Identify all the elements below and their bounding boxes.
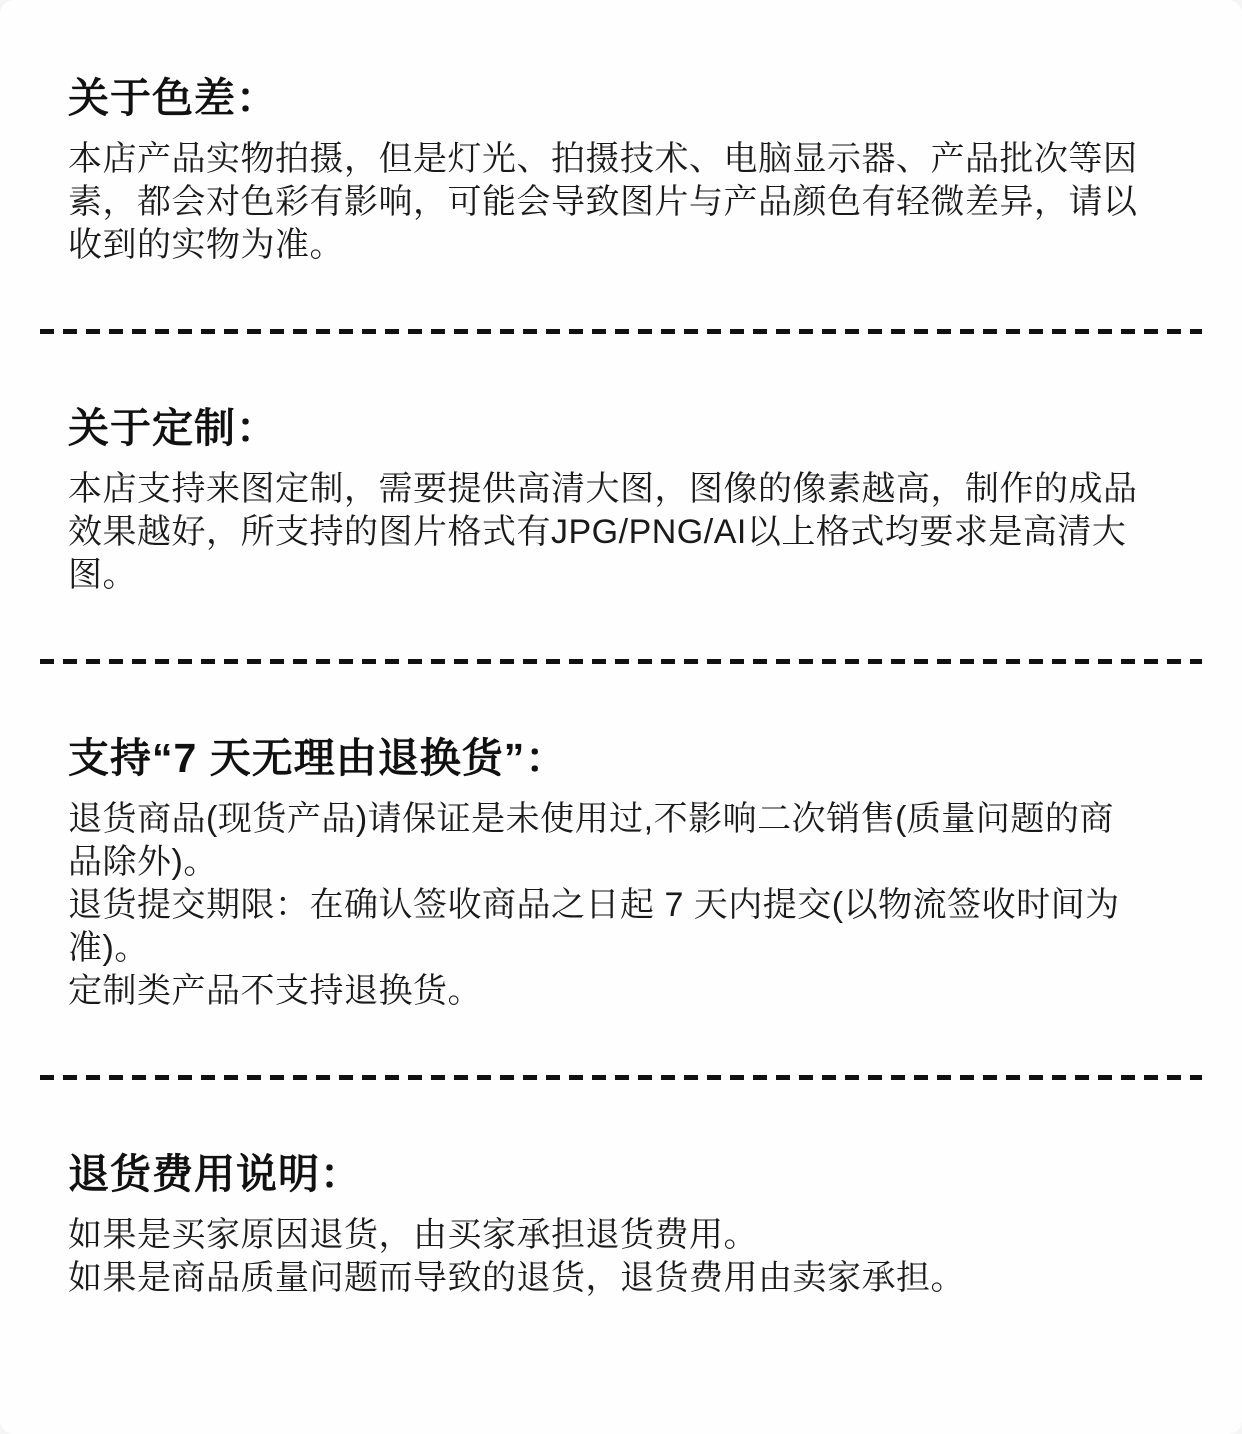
section-customization: 关于定制： 本店支持来图定制，需要提供高清大图，图像的像素越高，制作的成品 效果… xyxy=(40,402,1202,597)
paragraph-line: 如果是商品质量问题而导致的退货，退货费用由卖家承担。 xyxy=(68,1257,1182,1300)
return-policy-heading: 支持“7 天无理由退换货”： xyxy=(68,732,1182,784)
product-policy-page: 关于色差： 本店产品实物拍摄，但是灯光、拍摄技术、电脑显示器、产品批次等因 素，… xyxy=(0,0,1242,1434)
color-difference-heading: 关于色差： xyxy=(68,72,1182,124)
color-difference-paragraph: 本店产品实物拍摄，但是灯光、拍摄技术、电脑显示器、产品批次等因 素，都会对色彩有… xyxy=(68,138,1182,267)
paragraph-line: 退货商品(现货产品)请保证是未使用过,不影响二次销售(质量问题的商 xyxy=(68,798,1182,841)
paragraph-line: 如果是买家原因退货，由买家承担退货费用。 xyxy=(68,1214,1182,1257)
paragraph-line: 素，都会对色彩有影响，可能会导致图片与产品颜色有轻微差异，请以 xyxy=(68,181,1182,224)
customization-paragraph: 本店支持来图定制，需要提供高清大图，图像的像素越高，制作的成品 效果越好，所支持… xyxy=(68,468,1182,597)
paragraph-line: 收到的实物为准。 xyxy=(68,224,1182,267)
paragraph-line: 本店产品实物拍摄，但是灯光、拍摄技术、电脑显示器、产品批次等因 xyxy=(68,138,1182,181)
paragraph-line: 退货提交期限：在确认签收商品之日起 7 天内提交(以物流签收时间为 xyxy=(68,884,1182,927)
return-policy-paragraph: 退货商品(现货产品)请保证是未使用过,不影响二次销售(质量问题的商 品除外)。 … xyxy=(68,798,1182,1013)
paragraph-line: 图。 xyxy=(68,554,1182,597)
paragraph-line: 本店支持来图定制，需要提供高清大图，图像的像素越高，制作的成品 xyxy=(68,468,1182,511)
paragraph-line: 准)。 xyxy=(68,927,1182,970)
section-color-difference: 关于色差： 本店产品实物拍摄，但是灯光、拍摄技术、电脑显示器、产品批次等因 素，… xyxy=(40,72,1202,267)
section-return-policy: 支持“7 天无理由退换货”： 退货商品(现货产品)请保证是未使用过,不影响二次销… xyxy=(40,732,1202,1013)
dashed-divider xyxy=(40,1075,1202,1080)
dashed-divider xyxy=(40,329,1202,334)
customization-heading: 关于定制： xyxy=(68,402,1182,454)
return-fee-heading: 退货费用说明： xyxy=(68,1148,1182,1200)
section-return-fee: 退货费用说明： 如果是买家原因退货，由买家承担退货费用。 如果是商品质量问题而导… xyxy=(40,1148,1202,1300)
dashed-divider xyxy=(40,659,1202,664)
paragraph-line: 品除外)。 xyxy=(68,841,1182,884)
return-fee-paragraph: 如果是买家原因退货，由买家承担退货费用。 如果是商品质量问题而导致的退货，退货费… xyxy=(68,1214,1182,1300)
paragraph-line: 效果越好，所支持的图片格式有JPG/PNG/AI以上格式均要求是高清大 xyxy=(68,511,1182,554)
paragraph-line: 定制类产品不支持退换货。 xyxy=(68,970,1182,1013)
